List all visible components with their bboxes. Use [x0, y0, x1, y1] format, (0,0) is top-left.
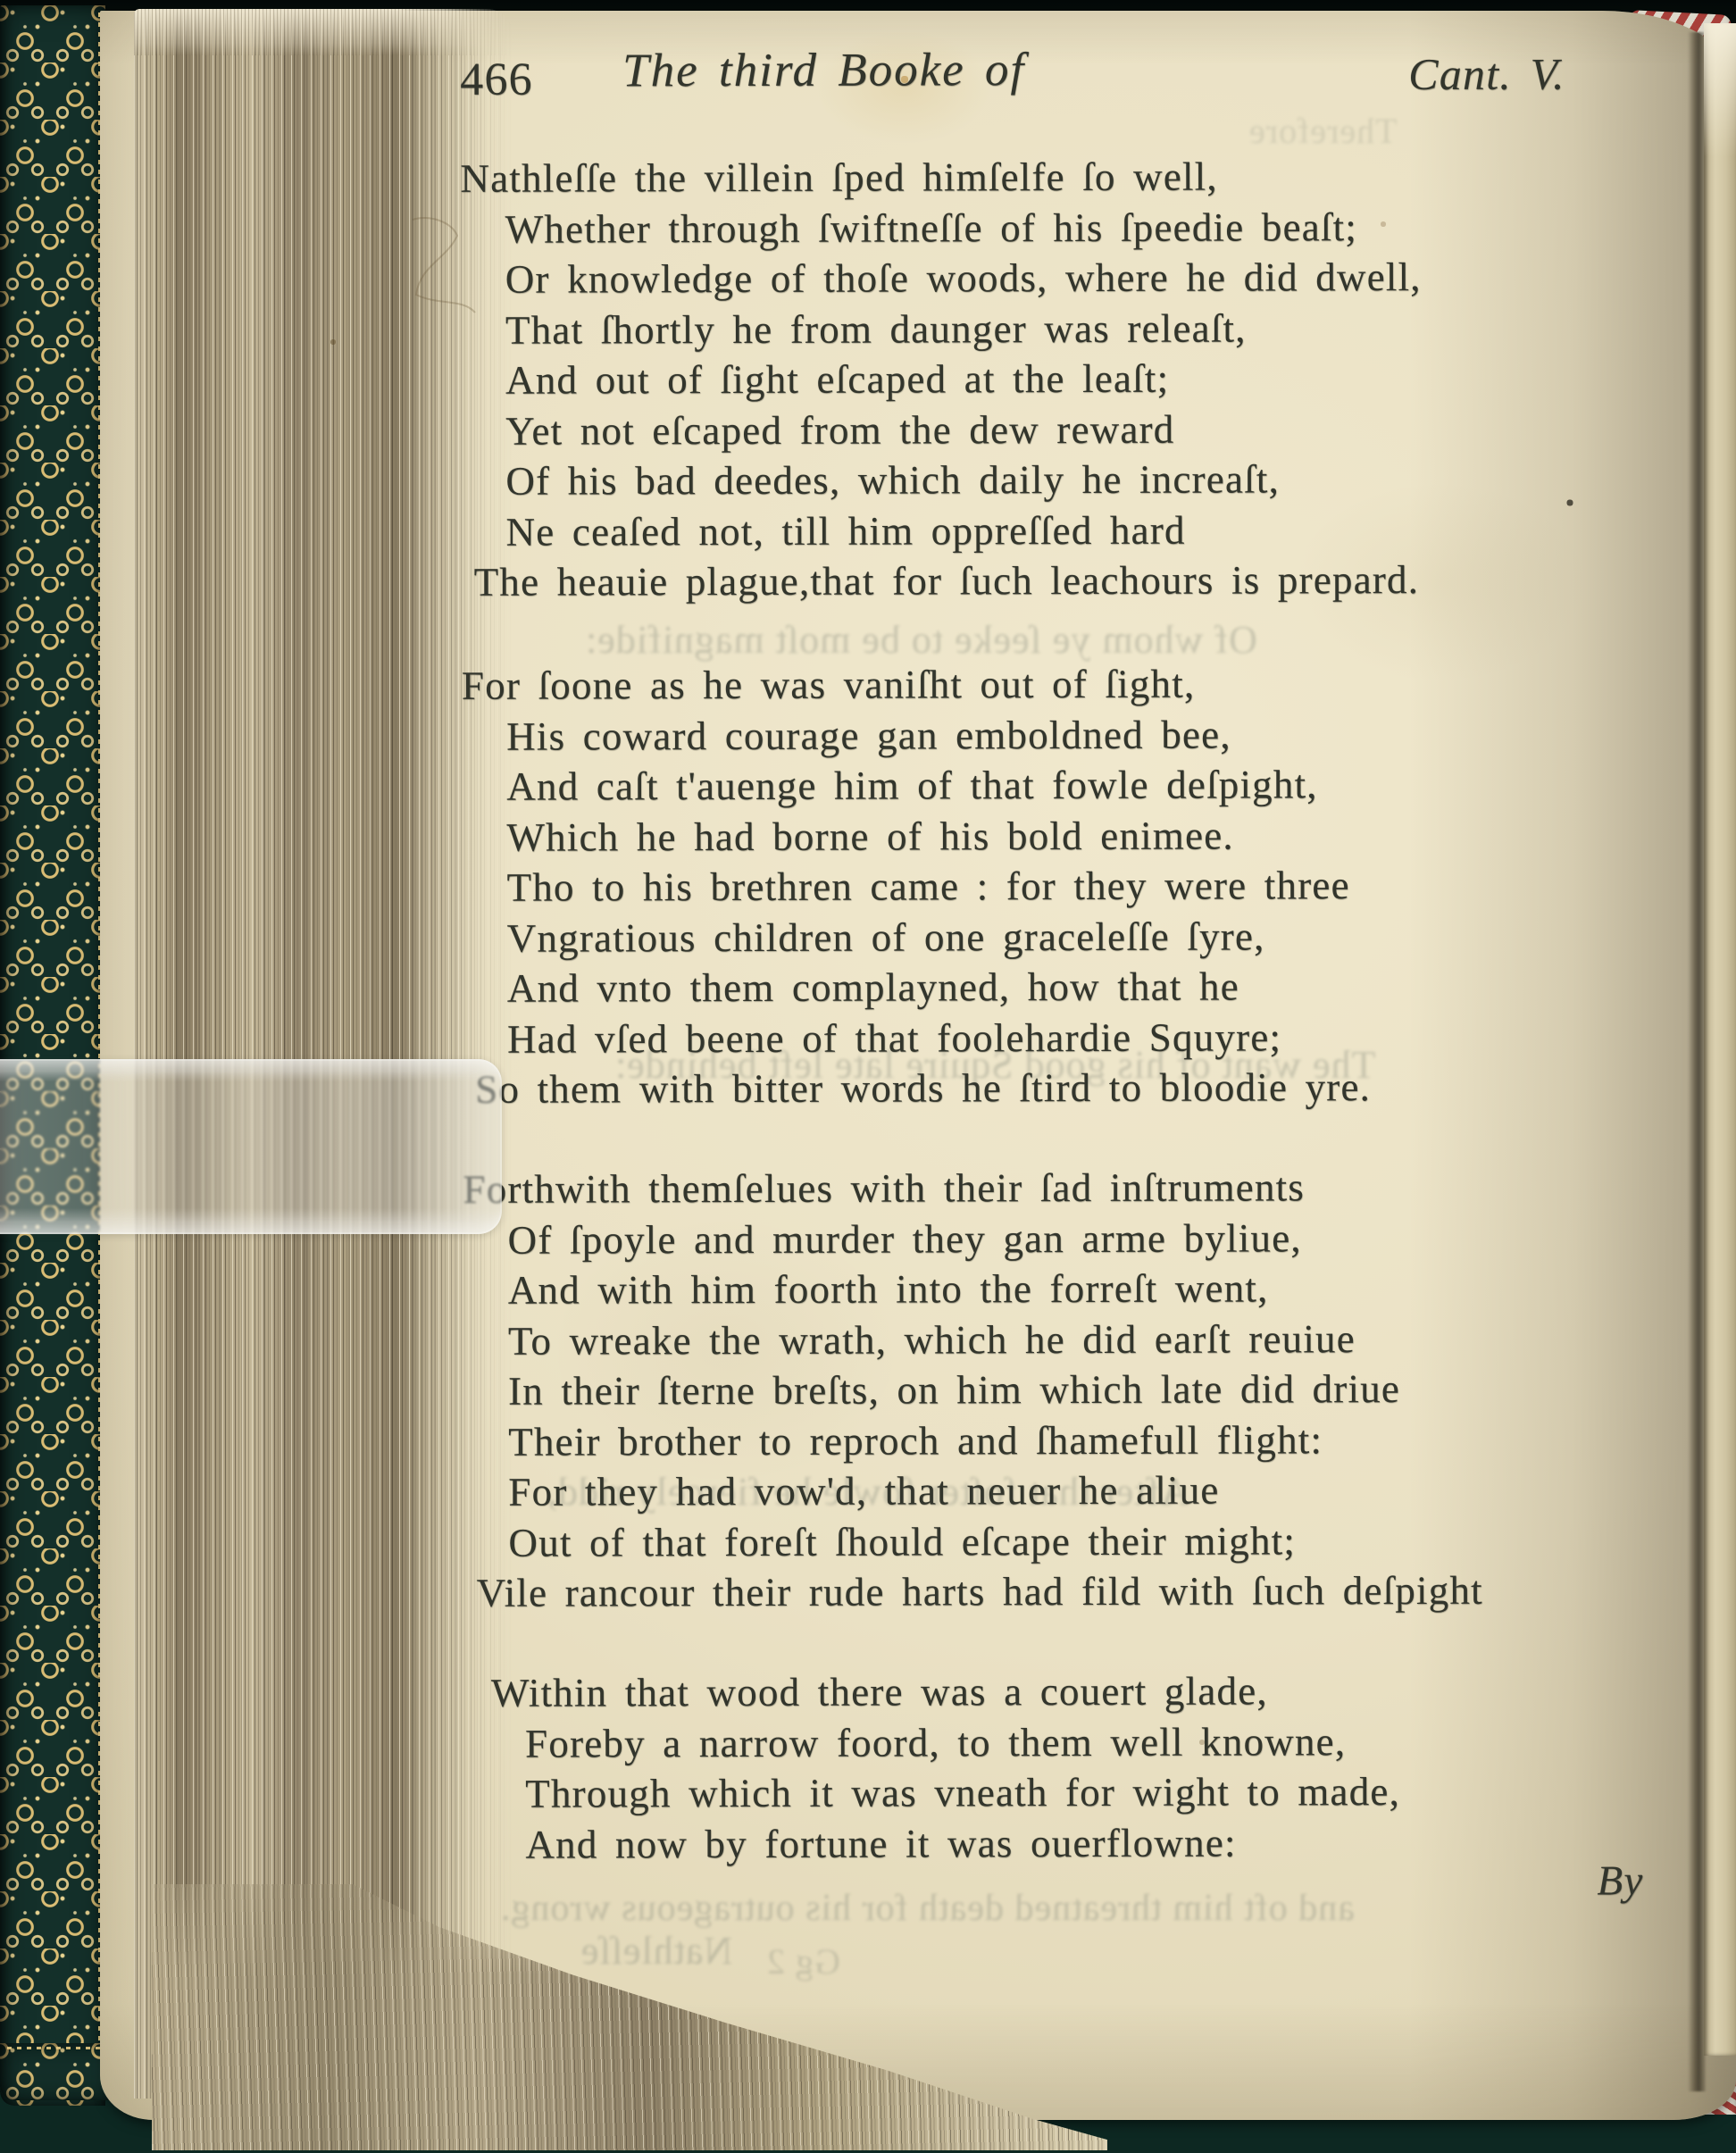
canto-label: Cant. V.	[1408, 49, 1565, 100]
verse-line: Vile rancour their rude harts had fild w…	[464, 1565, 1715, 1618]
verse-line: The heauie plague,that for ſuch leachour…	[462, 554, 1712, 607]
verse-line: Ne ceaſed not, till him oppreſſed hard	[461, 504, 1711, 557]
catchword: By	[1597, 1856, 1643, 1907]
verse-line: For ſoone as he was vaniſht out of ſight…	[462, 657, 1712, 711]
verse-line: That ſhortly he from daunger was releaſt…	[461, 302, 1711, 355]
verse-line: To wreake the wrath, which he did earſt …	[463, 1313, 1714, 1366]
verse-line: Vngratious children of one graceleſſe ſy…	[463, 910, 1713, 964]
verse-line: For they had vow'd, that neuer he aliue	[463, 1464, 1714, 1517]
verse-line: Foreby a narrow foord, to them well know…	[464, 1715, 1715, 1769]
page-number: 466	[460, 55, 533, 106]
stanza-3: Forthwith themſelues with their ſad inſt…	[463, 1161, 1714, 1618]
paper-specks	[0, 0, 2, 2]
verse-line: Through which it was vneath for wight to…	[464, 1765, 1715, 1819]
running-title: The third Booke of	[622, 45, 1025, 96]
stanza-2: For ſoone as he was vaniſht out of ſight…	[462, 657, 1713, 1114]
verse-line: In their ſterne breſts, on him which lat…	[463, 1363, 1714, 1416]
verse-line: Out of that foreſt ſhould eſcape their m…	[463, 1515, 1714, 1568]
verse-line: And caſt t'auenge him of that fowle deſp…	[462, 758, 1712, 812]
verse-line: Forthwith themſelues with their ſad inſt…	[463, 1161, 1713, 1214]
bleedthrough-text: and oft him threatned death for his outr…	[500, 1886, 1355, 1931]
verse-line: And vnto them complayned, how that he	[463, 960, 1713, 1014]
verse-line: And with him foorth into the forreſt wen…	[463, 1262, 1714, 1315]
verse-line: Of ſpoyle and murder they gan arme byliu…	[463, 1212, 1714, 1265]
verse-line: Within that wood there was a couert glad…	[464, 1665, 1715, 1718]
verse-line: Had vſed beene of that foolehardie Squyr…	[463, 1011, 1713, 1064]
verse-line: Or knowledge of thoſe woods, where he di…	[461, 251, 1711, 305]
verse-line: Their brother to reproch and ſhamefull f…	[463, 1414, 1714, 1467]
printed-page-text: 466 The third Booke of Cant. V. Nathleſſ…	[460, 0, 1710, 2]
book-cover-spine-edge	[0, 5, 105, 2106]
verse-line: Of his bad deedes, which daily he increa…	[461, 453, 1711, 506]
translucent-bookmark-strip	[0, 1059, 502, 1234]
bleedthrough-text: Of whom ye ſeeke to be moſt magnifide:	[585, 618, 1257, 663]
verse-line: His coward courage gan emboldned bee,	[462, 708, 1712, 762]
verse-line: Yet not eſcaped from the dew reward	[461, 403, 1711, 456]
open-book-photo: Therefore Of whom ye ſeeke to be moſt ma…	[0, 0, 1736, 2153]
verse-line: And out of ſight eſcaped at the leaſt;	[461, 352, 1711, 405]
bleedthrough-signature: Gg 2	[766, 1940, 840, 1984]
verse-line: And now by fortune it was ouerflowne:	[464, 1816, 1715, 1870]
bleedthrough-text: Nathleſſe	[580, 1929, 732, 1974]
stanza-4: Within that wood there was a couert glad…	[464, 1665, 1715, 1870]
verse-line: Nathleſſe the villein ſped himſelfe ſo w…	[460, 150, 1710, 204]
verse-line: Whether through ſwiftneſſe of his ſpeedi…	[461, 201, 1711, 255]
verse-line: Which he had borne of his bold enimee.	[462, 809, 1712, 863]
verse-line: Tho to his brethren came : for they were…	[463, 859, 1713, 913]
verse-line: So them with bitter words he ſtird to bl…	[463, 1061, 1713, 1114]
stanza-1: Nathleſſe the villein ſped himſelfe ſo w…	[460, 150, 1711, 607]
bleedthrough-text: Therefore	[1248, 109, 1398, 154]
